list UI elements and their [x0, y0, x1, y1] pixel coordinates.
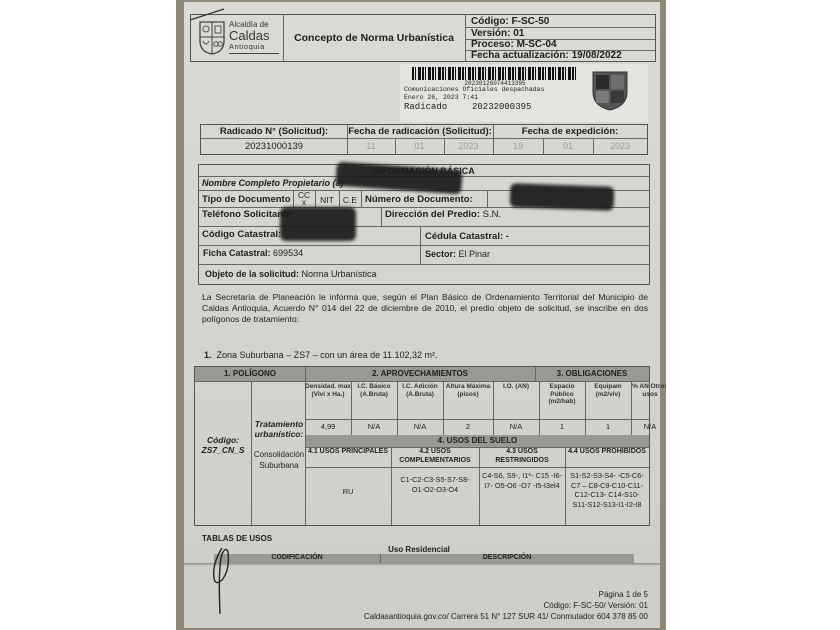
- paper-sheet: Alcaldía de Caldas Antioquia Concepto de…: [184, 2, 660, 628]
- fecha-radicacion-mes: 01: [395, 141, 444, 151]
- section-obligaciones: 3. OBLIGACIONES: [535, 369, 649, 378]
- direccion-value: S.N.: [483, 209, 501, 220]
- param-header: I.C. Adición (A.Bruta): [397, 383, 443, 398]
- tipo-documento-label: Tipo de Documento: [202, 194, 291, 205]
- descripcion-header: DESCRIPCIÓN: [380, 554, 634, 561]
- sector-label: Sector: El Pinar: [425, 249, 490, 259]
- uso-header: 4.3 USOS RESTRINGIDOS: [481, 448, 563, 465]
- barcode: [412, 67, 578, 80]
- radicado-value: 20231000139: [201, 141, 347, 152]
- param-value: N/A: [397, 422, 443, 431]
- tratamiento-value: Consolidación Suburbana: [253, 449, 305, 471]
- item-1-text: Zona Suburbana – ZS7 – con un área de 11…: [217, 350, 438, 360]
- param-header: Altura Máxima (pisos): [443, 383, 493, 398]
- redacted-document-number: [510, 183, 615, 211]
- stamp-line-1: Comunicaciones Oficiales despachadas: [404, 86, 544, 93]
- uso-value: S1-S2-S3-S4- -C5-C6-C7 – C8-C9-C10-C11-C…: [568, 471, 646, 509]
- param-value: 1: [585, 422, 631, 431]
- signature-mark: [202, 544, 238, 616]
- tipo-cc-mark: x: [293, 198, 315, 207]
- document-photo: Alcaldía de Caldas Antioquia Concepto de…: [176, 0, 666, 630]
- section-aprovechamientos: 2. APROVECHAMIENTOS: [305, 369, 535, 378]
- numero-documento-label: Número de Documento:: [365, 194, 473, 205]
- param-value: N/A: [631, 422, 666, 431]
- paper-fold-shadow: [184, 563, 660, 566]
- codigo-label: Código:: [195, 435, 251, 445]
- poligono-table: 1. POLÍGONO 2. APROVECHAMIENTOS 3. OBLIG…: [194, 366, 650, 526]
- codificacion-header: CODIFICACIÓN: [214, 554, 380, 561]
- param-header: Equipam (m2/viv): [585, 383, 631, 398]
- objeto-label: Objeto de la solicitud: Norma Urbanístic…: [205, 269, 377, 279]
- param-value: 4,99: [305, 422, 351, 431]
- tablas-de-usos-title: TABLAS DE USOS: [202, 534, 272, 543]
- direccion-label: Dirección del Predio: S.N.: [385, 209, 501, 220]
- fecha-radicacion-dia: 11: [347, 141, 395, 151]
- stamp-radicado-value: 20232000395: [472, 102, 531, 112]
- uso-value: RU: [308, 487, 388, 497]
- stamp-line-2: Enero 26, 2023 7:41: [404, 94, 478, 101]
- footer-contact: Caldasantioquia.gov.co/ Carrera 51 N° 12…: [364, 612, 648, 621]
- footer-codigo: Código: F-SC-50/ Versión: 01: [544, 601, 649, 610]
- logo-text-2: Caldas: [229, 28, 269, 43]
- fecha-radicacion-anio: 2023: [444, 141, 493, 151]
- param-header: Densidad. max (Vivi x Ha.): [305, 383, 351, 398]
- section-usos-suelo: 4. USOS DEL SUELO: [306, 436, 649, 445]
- logo-text-3: Antioquia: [229, 42, 265, 51]
- cedula-catastral-label: Cédula Catastral: -: [425, 231, 509, 242]
- stamp-radicado-label: Radicado: [404, 102, 447, 112]
- uso-value: C1-C2-C3-S5-S7-S8- O1-O2-O3-O4: [394, 475, 476, 494]
- tipo-ce-option: C.E: [339, 195, 361, 205]
- fecha-expedicion-label: Fecha de expedición:: [493, 126, 647, 137]
- fecha-expedicion-mes: 01: [543, 141, 593, 151]
- codigo-label: Código: F-SC-50: [471, 16, 549, 27]
- param-header: % AN Otros usos: [631, 383, 666, 398]
- section-poligono: 1. POLÍGONO: [195, 369, 305, 378]
- item-1: 1. Zona Suburbana – ZS7 – con un área de…: [204, 350, 438, 360]
- param-value: 1: [539, 422, 585, 431]
- codigo-catastral-label: Código Catastral: -: [202, 229, 287, 240]
- sector-value: El Pinar: [459, 249, 491, 259]
- version-label: Versión: 01: [471, 28, 524, 39]
- header-table: Alcaldía de Caldas Antioquia Concepto de…: [190, 14, 656, 62]
- telefono-label: Teléfono Solicitante: [202, 209, 292, 220]
- radicado-label: Radicado N° (Solicitud):: [201, 126, 347, 137]
- tipo-nit-option: NIT: [315, 195, 339, 205]
- tratamiento-label: Tratamiento urbanístico:: [253, 419, 305, 439]
- uso-residencial-title: Uso Residencial: [344, 545, 494, 554]
- proceso-label: Proceso: M-SC-04: [471, 39, 557, 50]
- param-header: I.O. (AN): [493, 383, 539, 391]
- uso-header: 4.4 USOS PROHIBIDOS: [567, 448, 647, 457]
- uso-header: 4.1 USOS PRINCIPALES: [307, 448, 389, 457]
- ficha-catastral-label: Ficha Catastral: 699534: [203, 248, 303, 258]
- intro-paragraph: La Secretaría de Planeación le informa q…: [202, 292, 648, 325]
- codigo-value: ZS7_CN_S: [195, 445, 251, 455]
- objeto-value: Norma Urbanística: [302, 269, 377, 279]
- redacted-phone: [280, 207, 356, 241]
- municipal-seal-icon: [590, 68, 630, 112]
- param-value: N/A: [351, 422, 397, 431]
- param-value: 2: [443, 422, 493, 431]
- coat-of-arms-icon: [199, 21, 225, 55]
- fecha-expedicion-anio: 2023: [593, 141, 647, 151]
- fecha-actualizacion-label: Fecha actualización: 19/08/2022: [471, 50, 622, 61]
- document-title: Concepto de Norma Urbanística: [283, 15, 466, 61]
- uso-header: 4.2 USOS COMPLEMENTARIOS: [393, 448, 477, 465]
- fecha-expedicion-dia: 19: [493, 141, 543, 151]
- param-header: Espacio Público (m2/hab): [539, 383, 585, 406]
- pen-stroke-mark: [188, 6, 228, 24]
- cedula-catastral-value: -: [506, 231, 509, 242]
- param-header: I.C. Básico (A.Bruta): [351, 383, 397, 398]
- radicado-stamp: 20230126074413395 Comunicaciones Oficial…: [400, 64, 648, 122]
- fecha-radicacion-label: Fecha de radicación (Solicitud):: [347, 126, 493, 137]
- param-value: N/A: [493, 422, 539, 431]
- footer-page: Página 1 de 5: [599, 590, 648, 599]
- nombre-label: Nombre Completo Propietario (a): [202, 178, 344, 188]
- uso-value: C4-S6, S9-, I1*- C15 -I6-I7- O5-O6 -O7 -…: [482, 471, 562, 490]
- ficha-catastral-value: 699534: [273, 248, 303, 258]
- radicacion-table: Radicado N° (Solicitud): 20231000139 Fec…: [200, 124, 648, 155]
